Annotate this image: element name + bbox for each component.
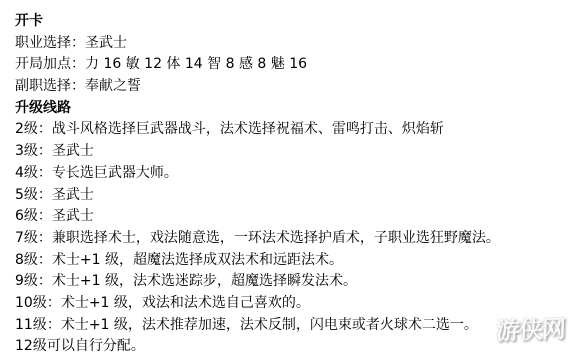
- section-heading-kaika: 开卡: [15, 11, 568, 33]
- text-line-level-7: 7级：兼职选择术士，戏法随意选，一环法术选择护盾术，子职业选狂野魔法。: [15, 228, 568, 250]
- text-line-level-10: 10级：术士+1 级，戏法和法术选自己喜欢的。: [15, 293, 568, 315]
- text-line-level-2: 2级：战斗风格选择巨武器战斗，法术选择祝福术、雷鸣打击、炽焰斩: [15, 119, 568, 141]
- youxia-watermark-logo: 游侠网: [495, 309, 565, 346]
- text-line-stat-allocation: 开局加点：力 16 敏 12 体 14 智 8 感 8 魅 16: [15, 54, 568, 76]
- text-line-level-8: 8级：术士+1 级，超魔法选择成双法术和远距法术。: [15, 250, 568, 272]
- text-line-level-12: 12级可以自行分配。: [15, 336, 568, 358]
- text-line-level-11: 11级：术士+1 级，法术推荐加速，法术反制，闪电束或者火球术二选一。: [15, 315, 568, 337]
- text-line-class-choice: 职业选择：圣武士: [15, 33, 568, 55]
- guide-text-body: 开卡 职业选择：圣武士 开局加点：力 16 敏 12 体 14 智 8 感 8 …: [15, 11, 568, 358]
- section-heading-leveling-route: 升级线路: [15, 98, 568, 120]
- text-line-level-4: 4级：专长选巨武器大师。: [15, 163, 568, 185]
- text-line-level-3: 3级：圣武士: [15, 141, 568, 163]
- text-line-level-5: 5级：圣武士: [15, 185, 568, 207]
- text-line-subclass-choice: 副职选择：奉献之誓: [15, 76, 568, 98]
- text-line-level-9: 9级：术士+1 级，法术选迷踪步，超魔选择瞬发法术。: [15, 271, 568, 293]
- text-line-level-6: 6级：圣武士: [15, 206, 568, 228]
- document-page: 开卡 职业选择：圣武士 开局加点：力 16 敏 12 体 14 智 8 感 8 …: [0, 0, 576, 364]
